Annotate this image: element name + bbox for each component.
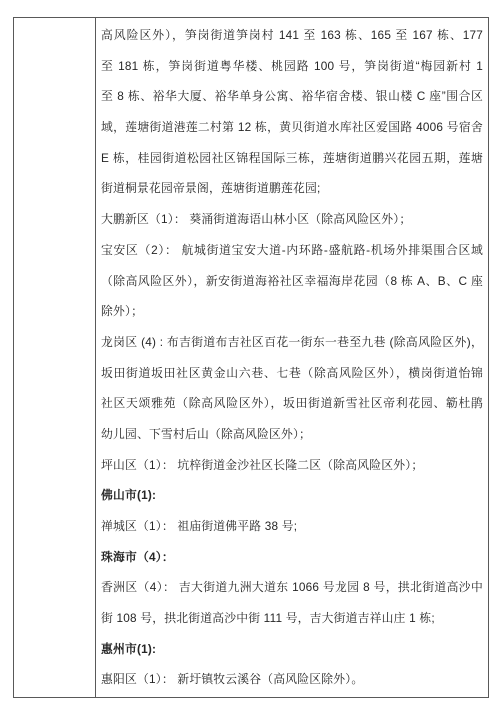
table-cell-risk-areas: 高风险区外），笋岗街道笋岗村 141 至 163 栋、165 至 167 栋、1…	[96, 18, 488, 697]
city-header-line: 惠州市(1):	[101, 634, 483, 665]
text-line: 街 108 号，拱北街道高沙中街 111 号，吉大街道吉祥山庄 1 栋;	[101, 603, 483, 634]
text-line: 至 8 栋、裕华大厦、裕华单身公寓、裕华宿舍楼、银山楼 C 座”围合区	[101, 81, 483, 112]
text-line: 龙岗区 (4) : 布吉街道布吉社区百花一街东一巷至九巷 (除高风险区外)，	[101, 327, 483, 358]
text-line: 禅城区（1）： 祖庙街道佛平路 38 号;	[101, 511, 483, 542]
risk-area-table: 高风险区外），笋岗街道笋岗村 141 至 163 栋、165 至 167 栋、1…	[13, 17, 489, 698]
text-line: 大鹏新区（1）： 葵涌街道海语山林小区（除高风险区外）；	[101, 204, 483, 235]
text-line: 除外）；	[101, 296, 483, 327]
text-line: 惠阳区（1）： 新圩镇牧云溪谷（高风险区除外）。	[101, 664, 483, 695]
text-line: 坂田街道坂田社区黄金山六巷、七巷（除高风险区外），横岗街道怡锦	[101, 358, 483, 389]
document-page: { "colors": { "page_background": "#fffff…	[0, 0, 502, 721]
text-line: 幼儿园、下雪村后山（除高风险区外）；	[101, 419, 483, 450]
table-cell-empty	[14, 18, 96, 697]
text-line: 街道桐景花园帝景阁，莲塘街道鹏莲花园;	[101, 173, 483, 204]
city-header-line: 佛山市(1):	[101, 480, 483, 511]
text-line: （除高风险区外），新安街道海裕社区幸福海岸花园（8 栋 A、B、C 座	[101, 266, 483, 297]
text-line: 香洲区（4）： 吉大街道九洲大道东 1066 号龙园 8 号，拱北街道高沙中	[101, 572, 483, 603]
text-line: E 栋，桂园街道松园社区锦程国际三栋，莲塘街道鹏兴花园五期，莲塘	[101, 143, 483, 174]
text-line: 坪山区（1）： 坑梓街道金沙社区长隆二区（除高风险区外）；	[101, 450, 483, 481]
city-header-line: 珠海市（4）：	[101, 542, 483, 573]
text-line: 社区天颂雅苑（除高风险区外），坂田街道新雪社区帝利花园、簕杜鹃	[101, 388, 483, 419]
text-line: 高风险区外），笋岗街道笋岗村 141 至 163 栋、165 至 167 栋、1…	[101, 20, 483, 51]
text-line: 宝安区（2）： 航城街道宝安大道-内环路-盛航路-机场外排渠围合区域	[101, 235, 483, 266]
text-line: 域，莲塘街道港莲二村第 12 栋，黄贝街道水库社区爱国路 4006 号宿舍	[101, 112, 483, 143]
text-line: 至 181 栋，笋岗街道粤华楼、桃园路 100 号，笋岗街道“梅园新村 1	[101, 51, 483, 82]
